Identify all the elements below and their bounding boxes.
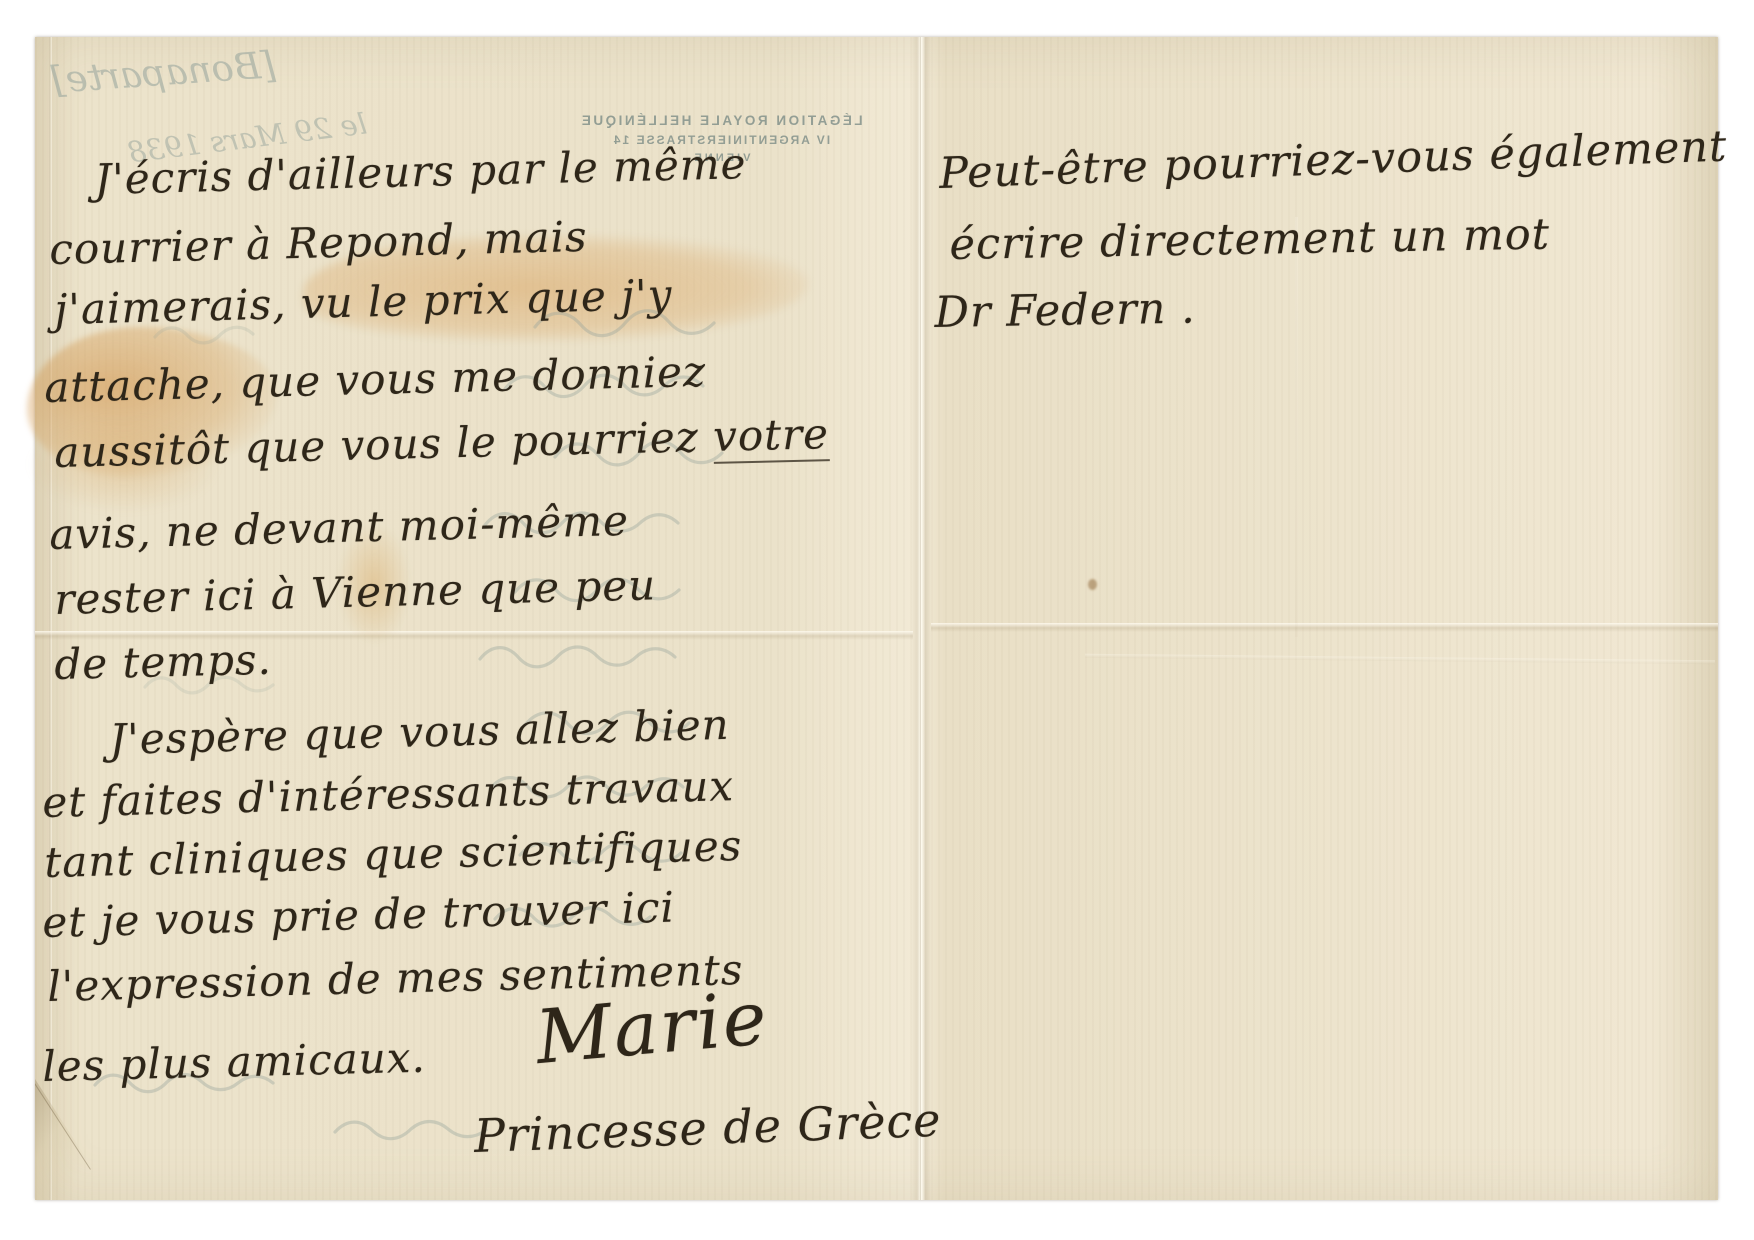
left-edge-crease bbox=[49, 37, 52, 1200]
horizontal-fold-right-page bbox=[931, 623, 1718, 632]
letter-line: rester ici à Vienne que peu bbox=[54, 560, 657, 624]
letter-line: tant cliniques que scientifiques bbox=[44, 821, 743, 887]
soft-crease-vertical bbox=[1295, 217, 1298, 637]
stain-speck bbox=[1088, 579, 1097, 590]
ghost-archivist-annotation: [Bonaparte] bbox=[50, 43, 277, 102]
letter-line: Dr Federn . bbox=[934, 283, 1196, 338]
letter-line: Peut-être pourriez-vous également bbox=[938, 122, 1728, 199]
center-fold-crease bbox=[911, 37, 931, 1200]
soft-crease bbox=[1085, 654, 1715, 665]
ghost-letterhead-line1: LÉGATION ROYALE HELLÉNIQUE bbox=[547, 113, 895, 128]
letter-line: aussitôt que vous le pourriez votre bbox=[54, 409, 830, 477]
letter-line: J'espère que vous allez bien bbox=[109, 700, 730, 764]
letter-line: et faites d'intéressants travaux bbox=[42, 761, 735, 827]
letter-line: les plus amicaux. bbox=[42, 1033, 427, 1091]
letter-line: courrier à Repond, mais bbox=[49, 212, 588, 274]
letter-line: écrire directement un mot bbox=[949, 210, 1550, 270]
letter-line: j'aimerais, vu le prix que j'y bbox=[54, 270, 673, 334]
letter-line-text: aussitôt que vous le pourriez bbox=[54, 412, 714, 477]
signature-title: Princesse de Grèce bbox=[473, 1093, 942, 1163]
dog-ear-corner-fold bbox=[35, 1079, 113, 1200]
letter-paper-spread: [Bonaparte] le 29 Mars 1938 LÉGATION ROY… bbox=[35, 37, 1718, 1200]
letter-line: attache, que vous me donniez bbox=[44, 347, 707, 412]
letter-line: de temps. bbox=[54, 635, 273, 689]
underlined-word: votre bbox=[713, 409, 830, 464]
letter-line: avis, ne devant moi-même bbox=[49, 496, 630, 559]
letter-line: et je vous prie de trouver ici bbox=[42, 883, 676, 947]
letter-scan: [Bonaparte] le 29 Mars 1938 LÉGATION ROY… bbox=[0, 0, 1754, 1240]
